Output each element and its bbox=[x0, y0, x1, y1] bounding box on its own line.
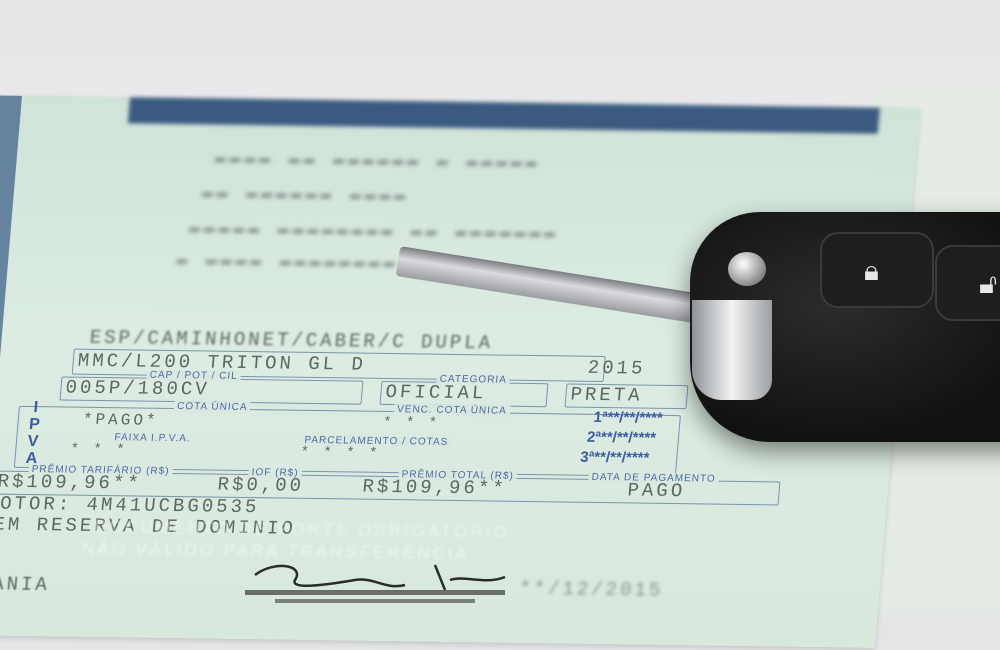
lock-button: 🔒︎ bbox=[820, 232, 934, 308]
iof-value: R$0,00 bbox=[217, 474, 305, 497]
color-value: PRETA bbox=[570, 384, 644, 407]
vencimento-1: 1ª**/**/**** bbox=[593, 409, 663, 427]
blurred-owner-lines: ▬▬▬▬ ▬▬ ▬▬▬▬▬▬ ▬ ▬▬▬▬▬ bbox=[214, 149, 716, 176]
blurred-line: ▬▬ ▬▬▬▬▬▬ ▬▬▬▬ bbox=[201, 183, 410, 206]
vencimento-2: 2ª**/**/**** bbox=[586, 429, 656, 447]
cota-unica-value: *PAGO* bbox=[82, 411, 159, 430]
unlock-icon: 🔓︎ bbox=[979, 267, 997, 301]
key-chrome-collar bbox=[692, 300, 772, 400]
key-release-button bbox=[728, 252, 766, 286]
vencimento-3: 3ª**/**/**** bbox=[580, 449, 650, 467]
cap-pot-value: 005P/180CV bbox=[65, 377, 211, 401]
parcelamento-value: * * * * bbox=[300, 445, 381, 462]
blurred-line: ▬ ▬▬▬▬ ▬▬▬▬▬▬▬▬ bbox=[176, 250, 400, 273]
lock-icon: 🔒︎ bbox=[864, 254, 879, 288]
issue-date: **/12/2015 bbox=[518, 578, 664, 602]
city: GOIANIA bbox=[0, 573, 51, 596]
cota-unica-label: COTA ÚNICA bbox=[174, 401, 251, 413]
data-pagamento-value: PAGO bbox=[627, 479, 686, 502]
blurred-line: ▬▬▬▬▬ ▬▬▬▬▬▬▬▬ ▬▬ ▬▬▬▬▬▬▬ bbox=[188, 218, 560, 243]
faixa-value: * * * bbox=[70, 442, 128, 459]
premio-total-value: R$109,96** bbox=[362, 476, 508, 500]
category-value: OFICIAL bbox=[385, 381, 488, 404]
unlock-button: 🔓︎ bbox=[935, 245, 1000, 321]
signature bbox=[235, 555, 535, 615]
venc-cota-value: * * * bbox=[382, 415, 440, 432]
premio-tarifario-value: R$109,96** bbox=[0, 471, 143, 495]
document-header-band bbox=[128, 97, 880, 133]
model-year-value: 2015 bbox=[587, 357, 646, 380]
